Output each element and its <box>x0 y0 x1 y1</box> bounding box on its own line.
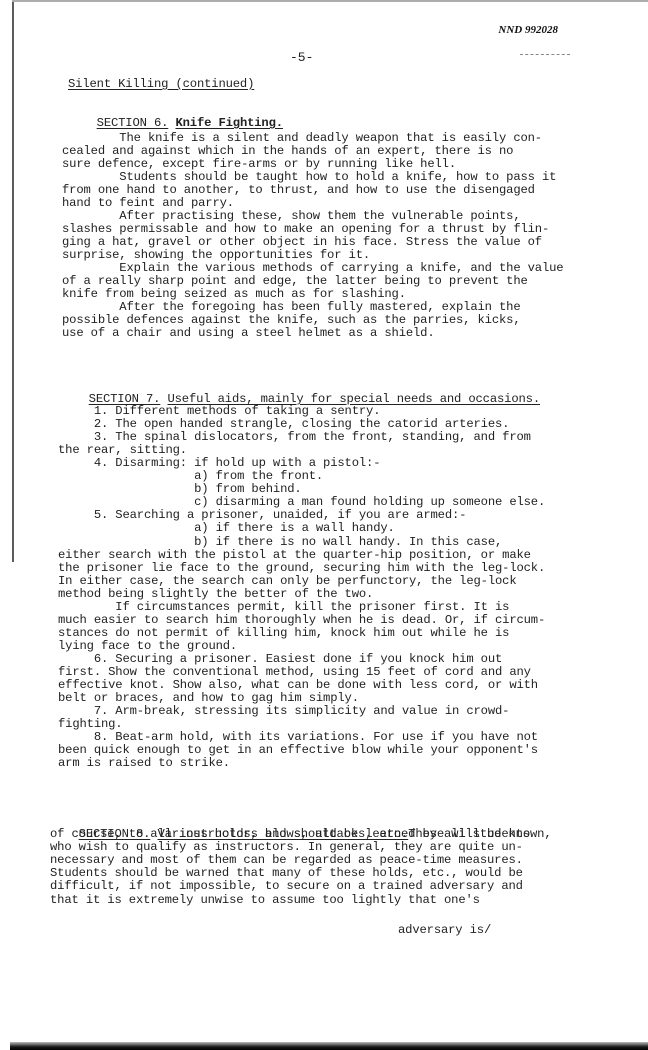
text-line: 4. Disarming: if hold up with a pistol:- <box>58 457 380 470</box>
text-line: a) from the front. <box>58 470 323 483</box>
page-number: -5- <box>290 50 313 65</box>
text-line: 2. The open handed strangle, closing the… <box>58 418 509 431</box>
header-dashes <box>520 54 570 55</box>
text-line: In either case, the search can only be p… <box>58 575 516 588</box>
text-line: 1. Different methods of taking a sentry. <box>58 405 380 418</box>
text-line: difficult, if not impossible, to secure … <box>50 880 523 893</box>
section-6-label: SECTION 6. <box>97 116 169 130</box>
text-line: stances do not permit of killing him, kn… <box>58 627 509 640</box>
archive-stamp: NND 992028 <box>498 24 558 36</box>
scan-top-edge <box>12 0 648 2</box>
text-line: lying face to the ground. <box>58 640 237 653</box>
text-line: the prisoner lie face to the ground, sec… <box>58 562 545 575</box>
text-line: a) if there is a wall handy. <box>58 522 395 535</box>
text-line: first. Show the conventional method, usi… <box>58 666 531 679</box>
text-line: b) from behind. <box>58 483 302 496</box>
text-line: the rear, sitting. <box>58 444 187 457</box>
text-line: use of a chair and using a steel helmet … <box>62 327 435 340</box>
text-line: much easier to search him thoroughly whe… <box>58 614 545 627</box>
text-line: Students should be warned that many of t… <box>50 867 523 880</box>
text-line: 6. Securing a prisoner. Easiest done if … <box>58 653 502 666</box>
continuation-text: adversary is/ <box>398 924 491 937</box>
text-line: who wish to qualify as instructors. In g… <box>50 841 523 854</box>
text-line: 8. Beat-arm hold, with its variations. F… <box>58 731 538 744</box>
document-page: NND 992028 -5- Silent Killing (continued… <box>0 0 648 1050</box>
document-heading: Silent Killing (continued) <box>68 78 254 91</box>
text-line: c) disarming a man found holding up some… <box>58 496 545 509</box>
scan-left-edge <box>12 2 14 562</box>
text-line: necessary and most of them can be regard… <box>50 854 523 867</box>
text-line: arm is raised to strike. <box>58 757 230 770</box>
text-line: been quick enough to get in an effective… <box>58 744 538 757</box>
text-line: fighting. <box>58 718 122 731</box>
text-line: either search with the pistol at the qua… <box>58 549 531 562</box>
text-line: 7. Arm-break, stressing its simplicity a… <box>58 705 509 718</box>
text-line: belt or braces, and how to gag him simpl… <box>58 692 359 705</box>
text-line: If circumstances permit, kill the prison… <box>58 601 509 614</box>
text-line: b) if there is no wall handy. In this ca… <box>58 536 502 549</box>
text-line: 3. The spinal dislocators, from the fron… <box>58 431 531 444</box>
section-6-title: Knife Fighting. <box>175 116 282 130</box>
text-line: that it is extremely unwise to assume to… <box>50 894 480 907</box>
text-line: method being slightly the better of the … <box>58 588 373 601</box>
text-line: 5. Searching a prisoner, unaided, if you… <box>58 509 466 522</box>
text-line: effective knot. Show also, what can be d… <box>58 679 538 692</box>
text-line: of course, to all instructors and should… <box>50 828 530 841</box>
scan-bottom-edge <box>10 1042 648 1050</box>
